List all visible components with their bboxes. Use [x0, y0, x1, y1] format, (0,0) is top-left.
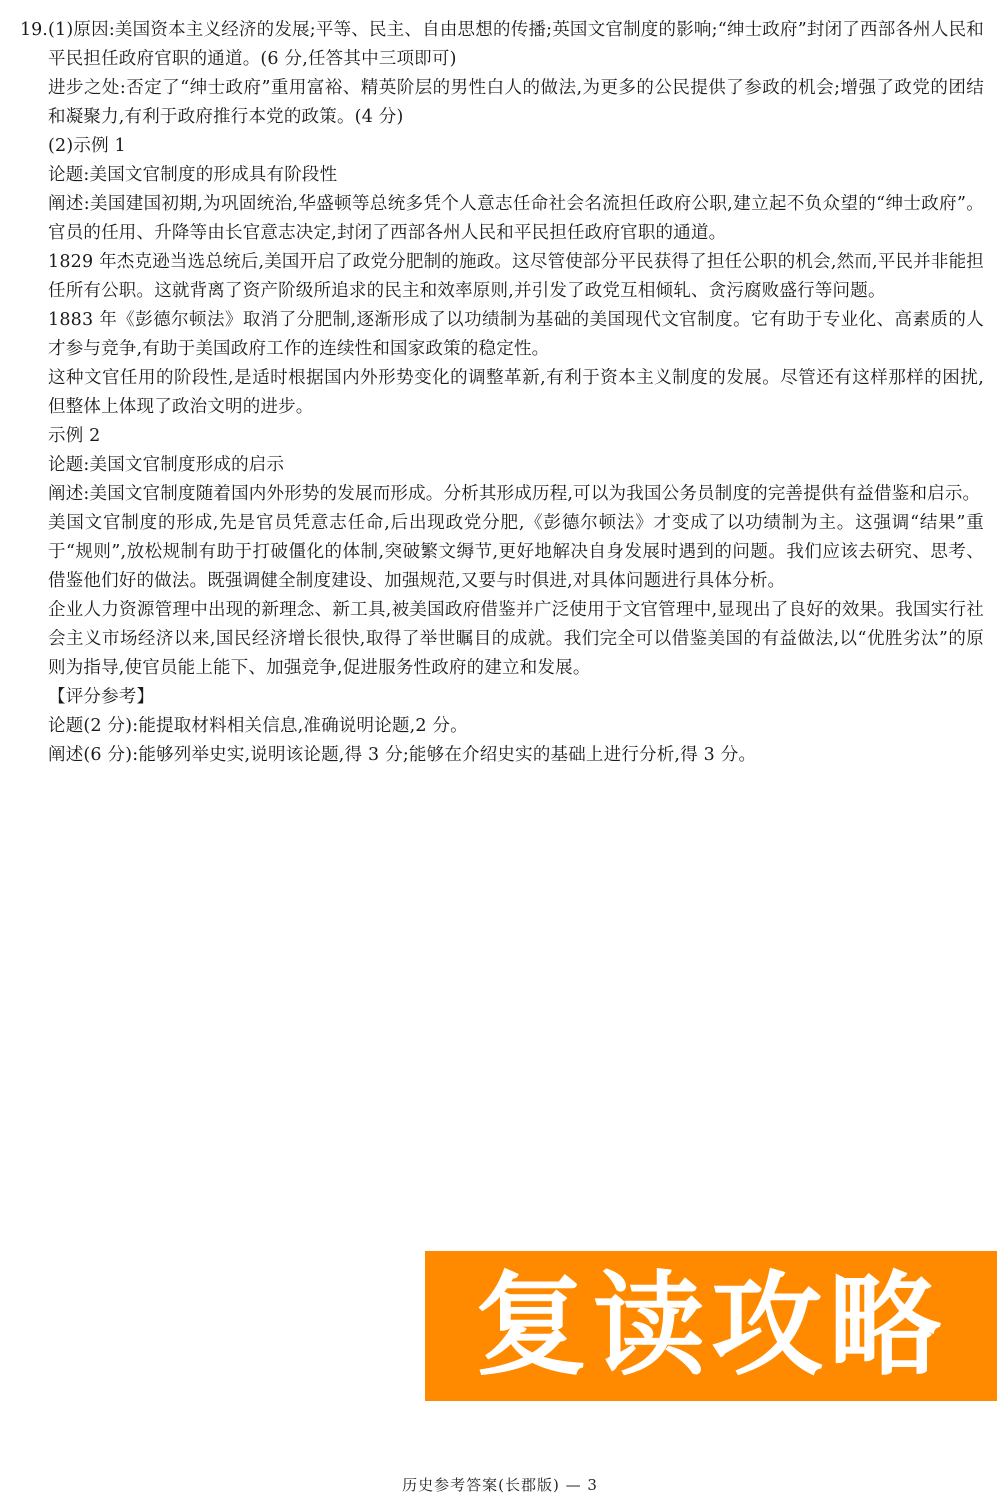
watermark-text: 复读攻略 [475, 1270, 947, 1382]
example1-paragraph: 阐述:美国建国初期,为巩固统治,华盛顿等总统多凭个人意志任命社会名流担任政府公职… [48, 190, 984, 248]
page-footer: 历史参考答案(长郡版) — 3 [0, 1474, 1000, 1495]
example1-thesis: 论题:美国文官制度的形成具有阶段性 [48, 161, 984, 190]
example1-paragraph: 1829 年杰克逊当选总统后,美国开启了政党分肥制的施政。这尽管使部分平民获得了… [48, 248, 984, 306]
example2-paragraph: 美国文官制度的形成,先是官员凭意志任命,后出现政党分肥,《彭德尔顿法》才变成了以… [48, 509, 984, 596]
scoring-heading: 【评分参考】 [48, 683, 984, 712]
example2-thesis: 论题:美国文官制度形成的启示 [48, 451, 984, 480]
example2-paragraph: 企业人力资源管理中出现的新理念、新工具,被美国政府借鉴并广泛使用于文官管理中,显… [48, 596, 984, 683]
part1-progress: 进步之处:否定了“绅士政府”重用富裕、精英阶层的男性白人的做法,为更多的公民提供… [48, 74, 984, 132]
example1-heading: (2)示例 1 [48, 132, 984, 161]
example1-paragraph: 1883 年《彭德尔顿法》取消了分肥制,逐渐形成了以功绩制为基础的美国现代文官制… [48, 306, 984, 364]
example1-paragraph: 这种文官任用的阶段性,是适时根据国内外形势变化的调整革新,有利于资本主义制度的发… [48, 364, 984, 422]
example2-paragraph: 阐述:美国文官制度随着国内外形势的发展而形成。分析其形成历程,可以为我国公务员制… [48, 480, 984, 509]
scoring-item: 论题(2 分):能提取材料相关信息,准确说明论题,2 分。 [48, 712, 984, 741]
watermark-banner: 复读攻略 [425, 1251, 997, 1401]
part1-reasons: (1)原因:美国资本主义经济的发展;平等、民主、自由思想的传播;英国文官制度的影… [48, 16, 984, 74]
example2-heading: 示例 2 [48, 422, 984, 451]
question-number: 19. [20, 16, 48, 45]
answer-content: 19. (1)原因:美国资本主义经济的发展;平等、民主、自由思想的传播;英国文官… [48, 16, 984, 770]
scoring-item: 阐述(6 分):能够列举史实,说明该论题,得 3 分;能够在介绍史实的基础上进行… [48, 741, 984, 770]
